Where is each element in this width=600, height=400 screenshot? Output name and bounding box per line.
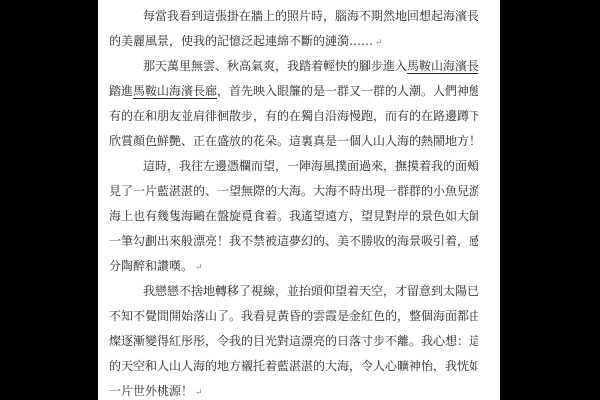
text-line: 一片世外桃源！↵ [109, 379, 478, 400]
text-segment: 踏進 [109, 84, 133, 98]
text-line: 踏進馬鞍山海濱長廊，首先映入眼簾的是一群又一群的人潮。人們神態各異， [109, 79, 478, 104]
text-line: 的美麗風景，使我的記憶泛起連綿不斷的漣漪……↵ [109, 29, 478, 54]
essay-text: 每當我看到這張掛在牆上的照片時，腦海不期然地回想起海濱長廊如畫的美麗風景，使我的… [109, 4, 478, 400]
text-line: 分陶醉和讚嘆。↵ [109, 254, 478, 279]
underlined-text: 馬鞍山海濱長廊 [133, 84, 217, 98]
text-segment: 不知不覺間開始落山了。我看見黃昏的雲霞是金紅色的，整個海面都由金燦 [109, 309, 478, 323]
text-line: 燦逐漸變得紅彤彤，令我的目光對這漂亮的日落寸步不離。我心想：這日落 [109, 329, 478, 354]
text-segment: ，首先映入眼簾的是一群又一群的人潮。人們神態各異， [217, 84, 478, 98]
text-line: 有的在和朋友並肩徘徊散步，有的在獨自沿海慢跑，而有的在路邊蹲下細細 [109, 104, 478, 129]
text-line: 我戀戀不捨地轉移了視線，並抬頭仰望着天空，才留意到太陽已經在我 [109, 279, 478, 304]
text-segment: 見了一片藍湛湛的、一望無際的大海。大海不時出現一群群的小魚兒游過， [109, 184, 478, 198]
text-segment: 每當我看到這張掛在牆上的照片時，腦海不期然地回想起海濱長廊如畫 [143, 9, 478, 23]
text-line: 一筆勾劃出來般漂亮！我不禁被這夢幻的、美不勝收的海景吸引着，感到十 [109, 229, 478, 254]
text-segment: 一片世外桃源！ [109, 384, 193, 398]
text-segment: 有的在和朋友並肩徘徊散步，有的在獨自沿海慢跑，而有的在路邊蹲下細細 [109, 109, 478, 123]
text-segment: 的天空和人山人海的地方襯托着藍湛湛的大海，令人心曠神怡，我恍如置身 [109, 359, 478, 373]
paragraph-return-mark-icon: ↵ [375, 38, 383, 48]
letterbox-background: 每當我看到這張掛在牆上的照片時，腦海不期然地回想起海濱長廊如畫的美麗風景，使我的… [0, 0, 600, 400]
text-line: 欣賞顏色鮮艷、正在盛放的花朵。這裏真是一個人山人海的熱鬧地方！↵ [109, 129, 478, 154]
text-segment: 一筆勾劃出來般漂亮！我不禁被這夢幻的、美不勝收的海景吸引着，感到十 [109, 234, 478, 248]
text-segment: 燦逐漸變得紅彤彤，令我的目光對這漂亮的日落寸步不離。我心想：這日落 [109, 334, 478, 348]
text-segment: 海上也有幾隻海鷗在盤旋覓食着。我遙望遠方，望見對岸的景色如大師一筆 [109, 209, 478, 223]
text-line: 這時，我往左邊憑欄而望，一陣海風撲面過來，撫摸着我的面頰，我看 [109, 154, 478, 179]
text-segment: 分陶醉和讚嘆。 [109, 259, 193, 273]
text-segment: 欣賞顏色鮮艷、正在盛放的花朵。這裏真是一個人山人海的熱鬧地方！ [109, 134, 478, 148]
paragraph-return-mark-icon: ↵ [195, 388, 203, 398]
text-line: 不知不覺間開始落山了。我看見黃昏的雲霞是金紅色的，整個海面都由金燦 [109, 304, 478, 329]
paragraph-return-mark-icon: ↵ [195, 263, 203, 273]
document-page: 每當我看到這張掛在牆上的照片時，腦海不期然地回想起海濱長廊如畫的美麗風景，使我的… [98, 0, 500, 400]
text-segment: 的美麗風景，使我的記憶泛起連綿不斷的漣漪…… [109, 34, 373, 48]
text-line: 見了一片藍湛湛的、一望無際的大海。大海不時出現一群群的小魚兒游過， [109, 179, 478, 204]
text-line: 海上也有幾隻海鷗在盤旋覓食着。我遙望遠方，望見對岸的景色如大師一筆 [109, 204, 478, 229]
text-line: 的天空和人山人海的地方襯托着藍湛湛的大海，令人心曠神怡，我恍如置身 [109, 354, 478, 379]
text-segment: 我戀戀不捨地轉移了視線，並抬頭仰望着天空，才留意到太陽已經在我 [143, 284, 478, 298]
text-line: 每當我看到這張掛在牆上的照片時，腦海不期然地回想起海濱長廊如畫 [109, 4, 478, 29]
text-segment: 那天萬里無雲、秋高氣爽，我踏着輕快的腳步進入 [143, 59, 407, 73]
text-line: 那天萬里無雲、秋高氣爽，我踏着輕快的腳步進入馬鞍山海濱長廊。一 [109, 54, 478, 79]
text-segment: 這時，我往左邊憑欄而望，一陣海風撲面過來，撫摸着我的面頰，我看 [143, 159, 478, 173]
underlined-text: 馬鞍山海濱長廊 [407, 59, 478, 73]
